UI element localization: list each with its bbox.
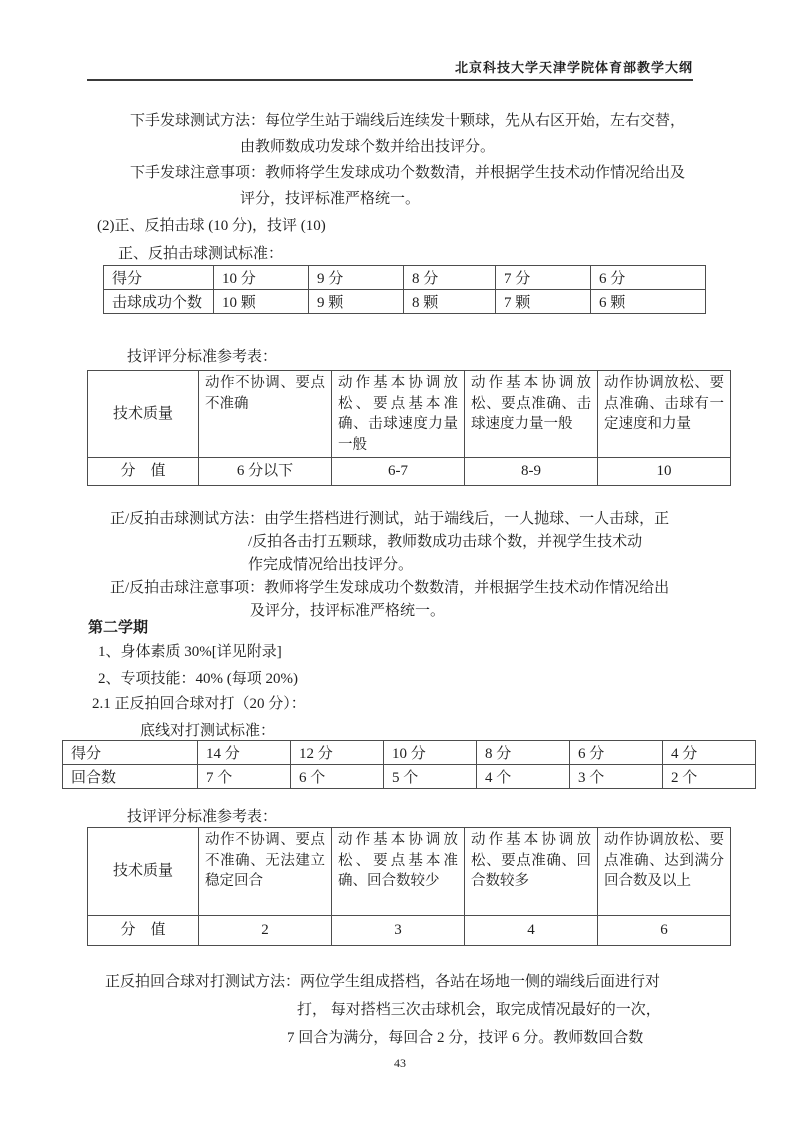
table-cell: 7 个 [198,765,291,789]
caption-tech-eval-2: 技评评分标准参考表： [127,808,277,827]
rally-score-table: 得分 14 分 12 分 10 分 8 分 6 分 4 分 回合数 7 个 6 … [62,740,756,789]
table-cell: 5 个 [384,765,477,789]
para-hit-method-line3: 作完成情况给出技评分。 [248,556,413,575]
table-cell: 动作协调放松、要点准确、达到满分回合数及以上 [598,828,731,916]
table-cell: 10 颗 [214,290,309,314]
table-cell: 动作不协调、要点不准确、无法建立稳定回合 [199,828,332,916]
table-cell: 动作基本协调放松、要点基本准确、回合数较少 [332,828,465,916]
table-row: 分 值 6 分以下 6-7 8-9 10 [88,458,731,486]
table-row: 得分 10 分 9 分 8 分 7 分 6 分 [104,266,706,290]
table-row: 分 值 2 3 4 6 [88,916,731,946]
table-cell: 动作不协调、要点不准确 [199,371,332,458]
table-cell: 3 个 [570,765,663,789]
table-cell: 10 [598,458,731,486]
table-cell: 6 个 [291,765,384,789]
table-cell: 2 [199,916,332,946]
table-cell: 得分 [63,741,198,765]
table-cell: 动作基本协调放松、要点基本准确、击球速度力量一般 [332,371,465,458]
table-cell: 4 个 [477,765,570,789]
caption-tech-eval-1: 技评评分标准参考表： [127,348,277,367]
table-cell: 动作基本协调放松、要点准确、击球速度力量一般 [465,371,598,458]
table-cell: 6 分 [570,741,663,765]
page-number: 43 [0,1056,800,1071]
subheading-baseline-test-standard: 底线对打测试标准： [140,722,275,741]
table-cell: 6 颗 [591,290,706,314]
para-hit-notes-line2: 及评分，技评标准严格统一。 [250,602,445,621]
table-cell: 14 分 [198,741,291,765]
table-cell: 得分 [104,266,214,290]
table-cell: 技术质量 [88,371,199,458]
table-cell: 分 值 [88,458,199,486]
tech-eval-table-2: 技术质量 动作不协调、要点不准确、无法建立稳定回合 动作基本协调放松、要点基本准… [87,827,731,946]
header-rule [87,79,693,81]
table-cell: 4 [465,916,598,946]
list-item-rally: 2.1 正反拍回合球对打（20 分）： [92,695,306,714]
list-item-skills: 2、专项技能：40% (每项 20%) [98,670,298,689]
para-hit-method-line2: /反拍各击打五颗球，教师数成功击球个数，并视学生技术动 [248,533,642,552]
table-cell: 动作基本协调放松、要点准确、回合数较多 [465,828,598,916]
table-cell: 6-7 [332,458,465,486]
para-rally-method-line1: 正反拍回合球对打测试方法：两位学生组成搭档，各站在场地一侧的端线后面进行对 [105,973,660,992]
subheading-hit-test-standard: 正、反拍击球测试标准： [118,245,283,264]
table-row: 击球成功个数 10 颗 9 颗 8 颗 7 颗 6 颗 [104,290,706,314]
table-row: 技术质量 动作不协调、要点不准确、无法建立稳定回合 动作基本协调放松、要点基本准… [88,828,731,916]
para-hit-method-line1: 正/反拍击球测试方法：由学生搭档进行测试，站于端线后，一人抛球、一人击球，正 [110,510,669,529]
table-cell: 10 分 [384,741,477,765]
table-cell: 8 分 [477,741,570,765]
table-cell: 7 分 [496,266,591,290]
heading-forehand-backhand: (2)正、反拍击球 (10 分)，技评 (10) [97,217,326,236]
table-cell: 动作协调放松、要点准确、击球有一定速度和力量 [598,371,731,458]
para-rally-method-line2: 打， 每对搭档三次击球机会，取完成情况最好的一次， [297,1001,661,1020]
header-title: 北京科技大学天津学院体育部教学大纲 [455,57,693,76]
table-cell: 技术质量 [88,828,199,916]
table-cell: 回合数 [63,765,198,789]
table-row: 得分 14 分 12 分 10 分 8 分 6 分 4 分 [63,741,756,765]
table-cell: 3 [332,916,465,946]
tech-eval-table-1: 技术质量 动作不协调、要点不准确 动作基本协调放松、要点基本准确、击球速度力量一… [87,370,731,486]
table-cell: 9 分 [309,266,404,290]
table-cell: 击球成功个数 [104,290,214,314]
table-cell: 7 颗 [496,290,591,314]
para-serve-method-line1: 下手发球测试方法：每位学生站于端线后连续发十颗球，先从右区开始，左右交替， [130,112,685,131]
table-row: 回合数 7 个 6 个 5 个 4 个 3 个 2 个 [63,765,756,789]
table-cell: 6 [598,916,731,946]
table-row: 技术质量 动作不协调、要点不准确 动作基本协调放松、要点基本准确、击球速度力量一… [88,371,731,458]
table-cell: 分 值 [88,916,199,946]
table-cell: 12 分 [291,741,384,765]
heading-second-semester: 第二学期 [88,619,148,638]
document-page: 北京科技大学天津学院体育部教学大纲 下手发球测试方法：每位学生站于端线后连续发十… [0,0,800,1131]
table-cell: 8 颗 [404,290,496,314]
para-serve-method-line2: 由教师数成功发球个数并给出技评分。 [240,138,495,157]
para-serve-notes-line1: 下手发球注意事项：教师将学生发球成功个数数清，并根据学生技术动作情况给出及 [130,164,685,183]
table-cell: 8 分 [404,266,496,290]
table-cell: 2 个 [663,765,756,789]
table-cell: 6 分 [591,266,706,290]
para-serve-notes-line2: 评分，技评标准严格统一。 [240,190,420,209]
para-rally-method-line3: 7 回合为满分，每回合 2 分，技评 6 分。教师数回合数 [287,1029,643,1048]
table-cell: 8-9 [465,458,598,486]
hit-score-table: 得分 10 分 9 分 8 分 7 分 6 分 击球成功个数 10 颗 9 颗 … [103,265,706,314]
table-cell: 6 分以下 [199,458,332,486]
table-cell: 10 分 [214,266,309,290]
para-hit-notes-line1: 正/反拍击球注意事项：教师将学生发球成功个数数清，并根据学生技术动作情况给出 [110,579,669,598]
table-cell: 9 颗 [309,290,404,314]
table-cell: 4 分 [663,741,756,765]
list-item-fitness: 1、身体素质 30%[详见附录] [98,643,282,662]
